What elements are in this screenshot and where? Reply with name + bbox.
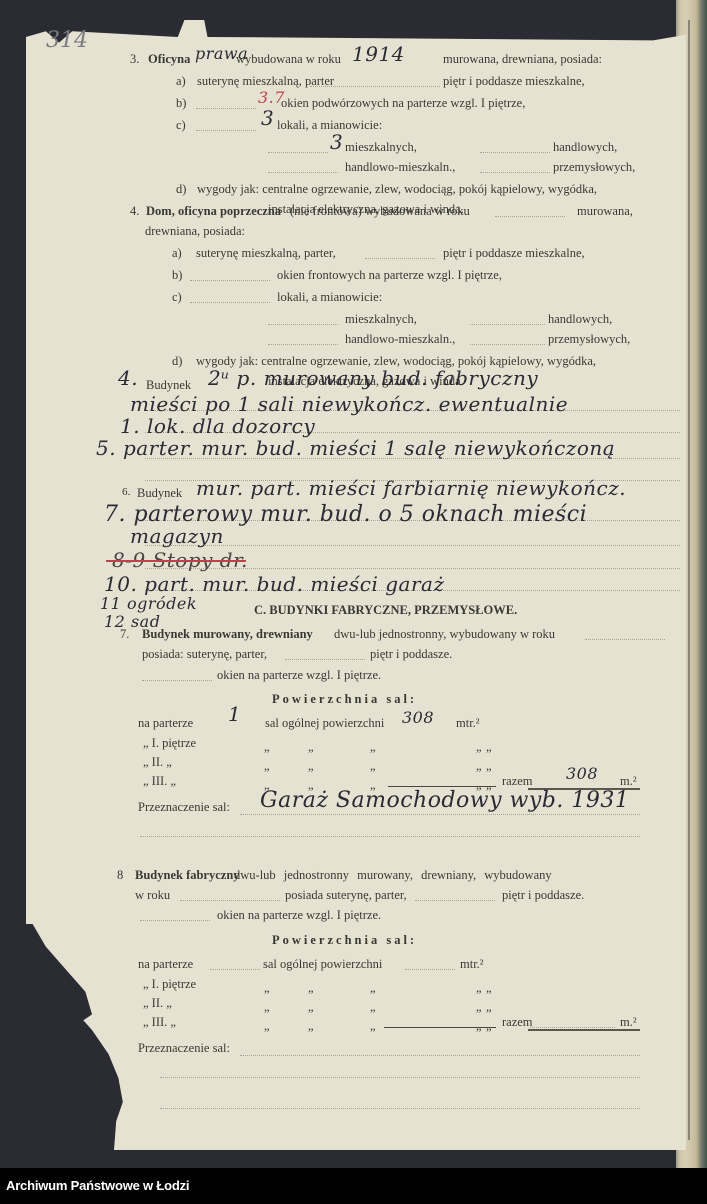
blank-field xyxy=(180,900,280,901)
section-line2: drewniana, posiada: xyxy=(145,224,245,239)
mieszkalnych-label: mieszkalnych, xyxy=(345,140,417,155)
handwritten-room-count: 1 xyxy=(228,702,241,726)
item-b-label: b) xyxy=(172,268,182,283)
blank-field xyxy=(310,86,440,87)
blank-field xyxy=(268,324,338,325)
blank-field xyxy=(268,152,328,153)
row-parter-mid: sal ogólnej powierzchni xyxy=(265,716,384,731)
blank-field xyxy=(365,258,435,259)
handwritten-line-4: 5. parter. mur. bud. mieści 1 salę niewy… xyxy=(96,436,615,460)
item-d-label: d) xyxy=(176,182,186,197)
blank-field xyxy=(495,216,565,217)
total-double-rule xyxy=(528,1029,640,1031)
item-a-text: suterynę mieszkalną, parter, xyxy=(196,246,336,261)
section-line2a: w roku xyxy=(135,888,170,903)
section-number: 7. xyxy=(120,627,129,642)
blank-field xyxy=(470,324,545,325)
section-title: Budynek fabryczny xyxy=(135,868,240,883)
blank-field xyxy=(190,302,270,303)
blank-field xyxy=(268,344,338,345)
pencil-page-number: 314 xyxy=(46,28,88,53)
ditto-mark: „ xyxy=(308,1000,314,1015)
item-a-text2: piętr i poddasze mieszkalne, xyxy=(443,74,585,89)
ditto-mark: „ xyxy=(476,740,482,755)
row-3-pietro-label: „ III. „ xyxy=(143,774,176,789)
item-d-label: d) xyxy=(172,354,182,369)
blank-line xyxy=(160,1108,640,1109)
section-number: 4. xyxy=(130,204,139,219)
handwritten-number: 4. xyxy=(118,366,138,390)
handl-mieszk-label: handlowo-mieszkaln., xyxy=(345,332,455,347)
mieszkalnych-label: mieszkalnych, xyxy=(345,312,417,327)
blank-line xyxy=(145,545,680,546)
section-line3: okien na parterze wzgl. I piętrze. xyxy=(217,908,381,923)
blank-field xyxy=(140,920,210,921)
ditto-mark: „ xyxy=(476,1000,482,1015)
ditto-mark: „ xyxy=(486,1000,492,1015)
ditto-mark: „ xyxy=(370,981,376,996)
blank-field xyxy=(480,152,550,153)
row-2-pietro-label: „ II. „ xyxy=(143,755,172,770)
unit-label: mtr.² xyxy=(460,957,484,972)
item-c-text: lokali, a mianowicie: xyxy=(277,290,382,305)
ditto-mark: „ xyxy=(308,759,314,774)
handwritten-line-1: mur. part. mieści farbiarnię niewykończ. xyxy=(196,476,626,500)
material-text: murowana, drewniana, posiada: xyxy=(443,52,602,67)
razem-label: razem xyxy=(502,1015,533,1030)
red-strikethrough xyxy=(106,560,246,562)
budynek-label: Budynek xyxy=(146,378,191,393)
section-title: Budynek murowany, drewniany xyxy=(142,627,313,642)
handwritten-line-5: 10. part. mur. bud. mieści garaż xyxy=(104,572,445,596)
section-rest: dwu-lub jednostronny, wybudowany w roku xyxy=(334,627,555,642)
handwritten-year: 1914 xyxy=(352,42,405,66)
ditto-mark: „ xyxy=(370,759,376,774)
ditto-mark: „ xyxy=(308,740,314,755)
row-parter-label: na parterze xyxy=(138,716,193,731)
item-a-label: a) xyxy=(172,246,182,261)
blank-field xyxy=(470,344,545,345)
handwritten-c-value: 3 xyxy=(261,106,274,130)
blank-field xyxy=(480,172,550,173)
blank-field xyxy=(530,1027,615,1028)
item-b-text: okien podwórzowych na parterze wzgl. I p… xyxy=(281,96,525,111)
handwritten-line-3: 1. lok. dla dozorcy xyxy=(120,414,315,438)
item-d-text: wygody jak: centralne ogrzewanie, zlew, … xyxy=(197,182,597,197)
row-parter-label: na parterze xyxy=(138,957,193,972)
item-a-text2: piętr i poddasze mieszkalne, xyxy=(443,246,585,261)
ditto-mark: „ xyxy=(486,740,492,755)
ditto-mark: „ xyxy=(486,1019,492,1034)
ditto-mark: „ xyxy=(370,740,376,755)
section-c-heading: C. BUDYNKI FABRYCZNE, PRZEMYSŁOWE. xyxy=(254,603,517,618)
ditto-mark: „ xyxy=(370,1019,376,1034)
handwritten-mieszkalnych: 3 xyxy=(330,130,343,154)
m2-label: m.² xyxy=(620,774,637,789)
razem-label: razem xyxy=(502,774,533,789)
section-rest: (nie frontowa) wybudowana w roku xyxy=(290,204,470,219)
przeznaczenie-label: Przeznaczenie sal: xyxy=(138,1041,230,1056)
powierzchnia-heading: Powierzchnia sal: xyxy=(272,692,417,707)
ditto-mark: „ xyxy=(370,1000,376,1015)
ditto-mark: „ xyxy=(476,981,482,996)
handwritten-line-6: 11 ogródek xyxy=(100,594,197,613)
blank-field xyxy=(585,639,665,640)
ditto-mark: „ xyxy=(264,981,270,996)
item-c-label: c) xyxy=(176,118,186,133)
ditto-mark: „ xyxy=(476,759,482,774)
blank-field xyxy=(210,969,260,970)
blank-field xyxy=(285,659,365,660)
blank-line xyxy=(240,1055,640,1056)
przeznaczenie-label: Przeznaczenie sal: xyxy=(138,800,230,815)
ditto-mark: „ xyxy=(308,1019,314,1034)
blank-field xyxy=(268,172,338,173)
item-b-label: b) xyxy=(176,96,186,111)
handwritten-przeznaczenie: Garaż Samochodowy wyb. 1931 xyxy=(260,788,629,813)
section-line2c: piętr i poddasze. xyxy=(502,888,584,903)
unit-label: mtr.² xyxy=(456,716,480,731)
blank-line xyxy=(160,1077,640,1078)
ditto-mark: „ xyxy=(486,759,492,774)
m2-label: m.² xyxy=(620,1015,637,1030)
section-line3: okien na parterze wzgl. I piętrze. xyxy=(217,668,381,683)
handlowych-label: handlowych, xyxy=(553,140,617,155)
section-title: Oficyna xyxy=(148,52,190,67)
handwritten-line-3: magazyn xyxy=(130,524,224,548)
section-line2b: piętr i poddasze. xyxy=(370,647,452,662)
blank-field xyxy=(190,280,270,281)
archive-caption: Archiwum Państwowe w Łodzi xyxy=(6,1178,189,1193)
ditto-mark: „ xyxy=(264,740,270,755)
section-line2: posiada: suterynę, parter, xyxy=(142,647,267,662)
row-2-pietro-label: „ II. „ xyxy=(143,996,172,1011)
item-b-text: okien frontowych na parterze wzgl. I pię… xyxy=(277,268,502,283)
binding-fold-line xyxy=(688,20,690,1140)
przemyslowych-label: przemysłowych, xyxy=(548,332,630,347)
section-number: 8 xyxy=(117,868,123,883)
item-a-label: a) xyxy=(176,74,186,89)
row-1-pietro-label: „ I. piętrze xyxy=(143,977,196,992)
przemyslowych-label: przemysłowych, xyxy=(553,160,635,175)
handl-mieszk-label: handlowo-mieszkaln., xyxy=(345,160,455,175)
handwritten-line-2: mieści po 1 sali niewykończ. ewentualnie xyxy=(130,392,568,416)
section-number: 6. xyxy=(122,486,130,498)
blank-field xyxy=(415,900,495,901)
powierzchnia-heading: Powierzchnia sal: xyxy=(272,933,417,948)
item-c-label: c) xyxy=(172,290,182,305)
handwritten-area: 308 xyxy=(402,708,434,727)
blank-field xyxy=(405,969,455,970)
blank-field xyxy=(196,108,256,109)
section-number: 3. xyxy=(130,52,139,67)
blank-field xyxy=(196,130,256,131)
section-title: Dom, oficyna poprzeczna xyxy=(146,204,281,219)
section-rest: dwu-lub jednostronny murowany, drewniany… xyxy=(234,868,552,883)
ditto-mark: „ xyxy=(476,1019,482,1034)
blank-line xyxy=(140,836,640,837)
blank-line xyxy=(240,814,640,815)
ditto-mark: „ xyxy=(264,759,270,774)
handlowych-label: handlowych, xyxy=(548,312,612,327)
murowana-label: murowana, xyxy=(577,204,633,219)
row-parter-mid: sal ogólnej powierzchni xyxy=(263,957,382,972)
ditto-mark: „ xyxy=(308,981,314,996)
handwritten-line-1: 2ᵘ p. murowany bud. fabryczny xyxy=(208,366,538,390)
ditto-mark: „ xyxy=(264,1000,270,1015)
row-1-pietro-label: „ I. piętrze xyxy=(143,736,196,751)
section-line2b: posiada suterynę, parter, xyxy=(285,888,407,903)
budynek-label: Budynek xyxy=(137,486,182,501)
ditto-mark: „ xyxy=(486,981,492,996)
blank-field xyxy=(142,680,212,681)
ditto-mark: „ xyxy=(264,1019,270,1034)
built-label: wybudowana w roku xyxy=(236,52,341,67)
handwritten-total-area: 308 xyxy=(566,764,598,783)
row-3-pietro-label: „ III. „ xyxy=(143,1015,176,1030)
